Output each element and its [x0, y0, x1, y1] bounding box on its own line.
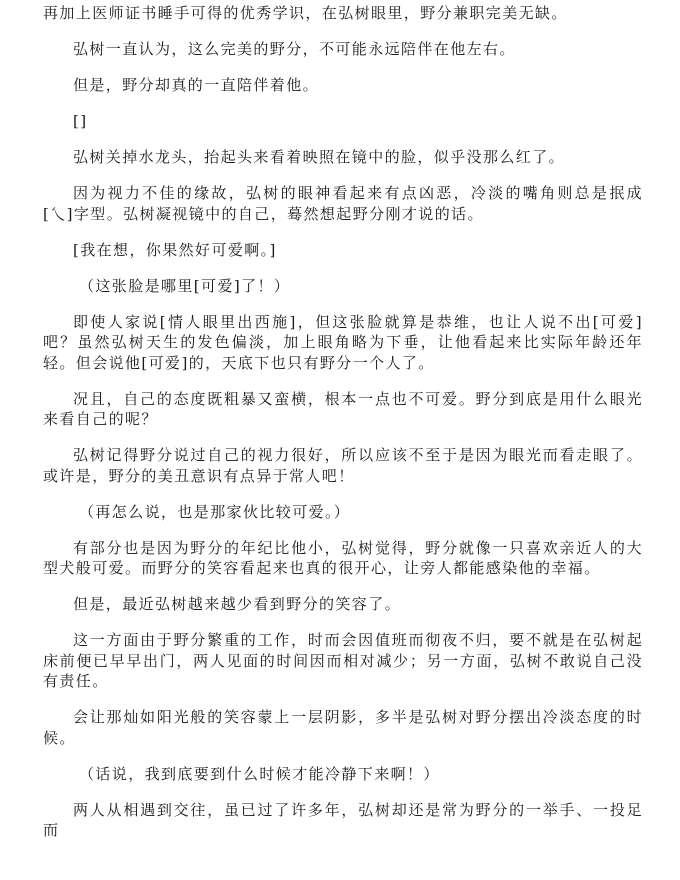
- paragraph-9: 有部分也是因为野分的年纪比他小，弘树觉得，野分就像一只喜欢亲近人的大型犬般可爱。…: [43, 538, 643, 579]
- paragraph-3: 但是，野分却真的一直陪伴着他。: [43, 75, 643, 96]
- inner-thought-1: （这张脸是哪里[可爱]了！）: [43, 276, 643, 297]
- paragraph-11: 这一方面由于野分繁重的工作，时而会因值班而彻夜不归，要不就是在弘树起床前便已早早…: [43, 630, 643, 692]
- inner-thought-2: （再怎么说，也是那家伙比较可爱。）: [43, 502, 643, 523]
- paragraph-1: 再加上医师证书睡手可得的优秀学识，在弘树眼里，野分兼职完美无缺。: [43, 3, 643, 24]
- paragraph-12: 会让那灿如阳光般的笑容蒙上一层阴影，多半是弘树对野分摆出冷淡态度的时候。: [43, 707, 643, 748]
- paragraph-6: 即使人家说[情人眼里出西施]，但这张脸就算是恭维，也让人说不出[可爱]吧？虽然弘…: [43, 312, 643, 374]
- paragraph-8: 弘树记得野分说过自己的视力很好，所以应该不至于是因为眼光而看走眼了。或许是，野分…: [43, 445, 643, 486]
- paragraph-10: 但是，最近弘树越来越少看到野分的笑容了。: [43, 594, 643, 615]
- dialogue-line: [我在想，你果然好可爱啊。]: [43, 240, 643, 261]
- paragraph-5: 因为视力不佳的缘故，弘树的眼神看起来有点凶恶，冷淡的嘴角则总是抿成[乀]字型。弘…: [43, 183, 643, 224]
- inner-thought-3: （话说，我到底要到什么时候才能冷静下来啊！）: [43, 764, 643, 785]
- paragraph-4: 弘树关掉水龙头，抬起头来看着映照在镜中的脸，似乎没那么红了。: [43, 147, 643, 168]
- document-page: 再加上医师证书睡手可得的优秀学识，在弘树眼里，野分兼职完美无缺。 弘树一直认为，…: [43, 3, 643, 856]
- paragraph-7: 况且，自己的态度既粗暴又蛮横，根本一点也不可爱。野分到底是用什么眼光来看自己的呢…: [43, 389, 643, 430]
- scene-separator: []: [43, 111, 643, 132]
- paragraph-2: 弘树一直认为，这么完美的野分，不可能永远陪伴在他左右。: [43, 39, 643, 60]
- paragraph-13: 两人从相遇到交往，虽已过了许多年，弘树却还是常为野分的一举手、一投足而: [43, 800, 643, 841]
